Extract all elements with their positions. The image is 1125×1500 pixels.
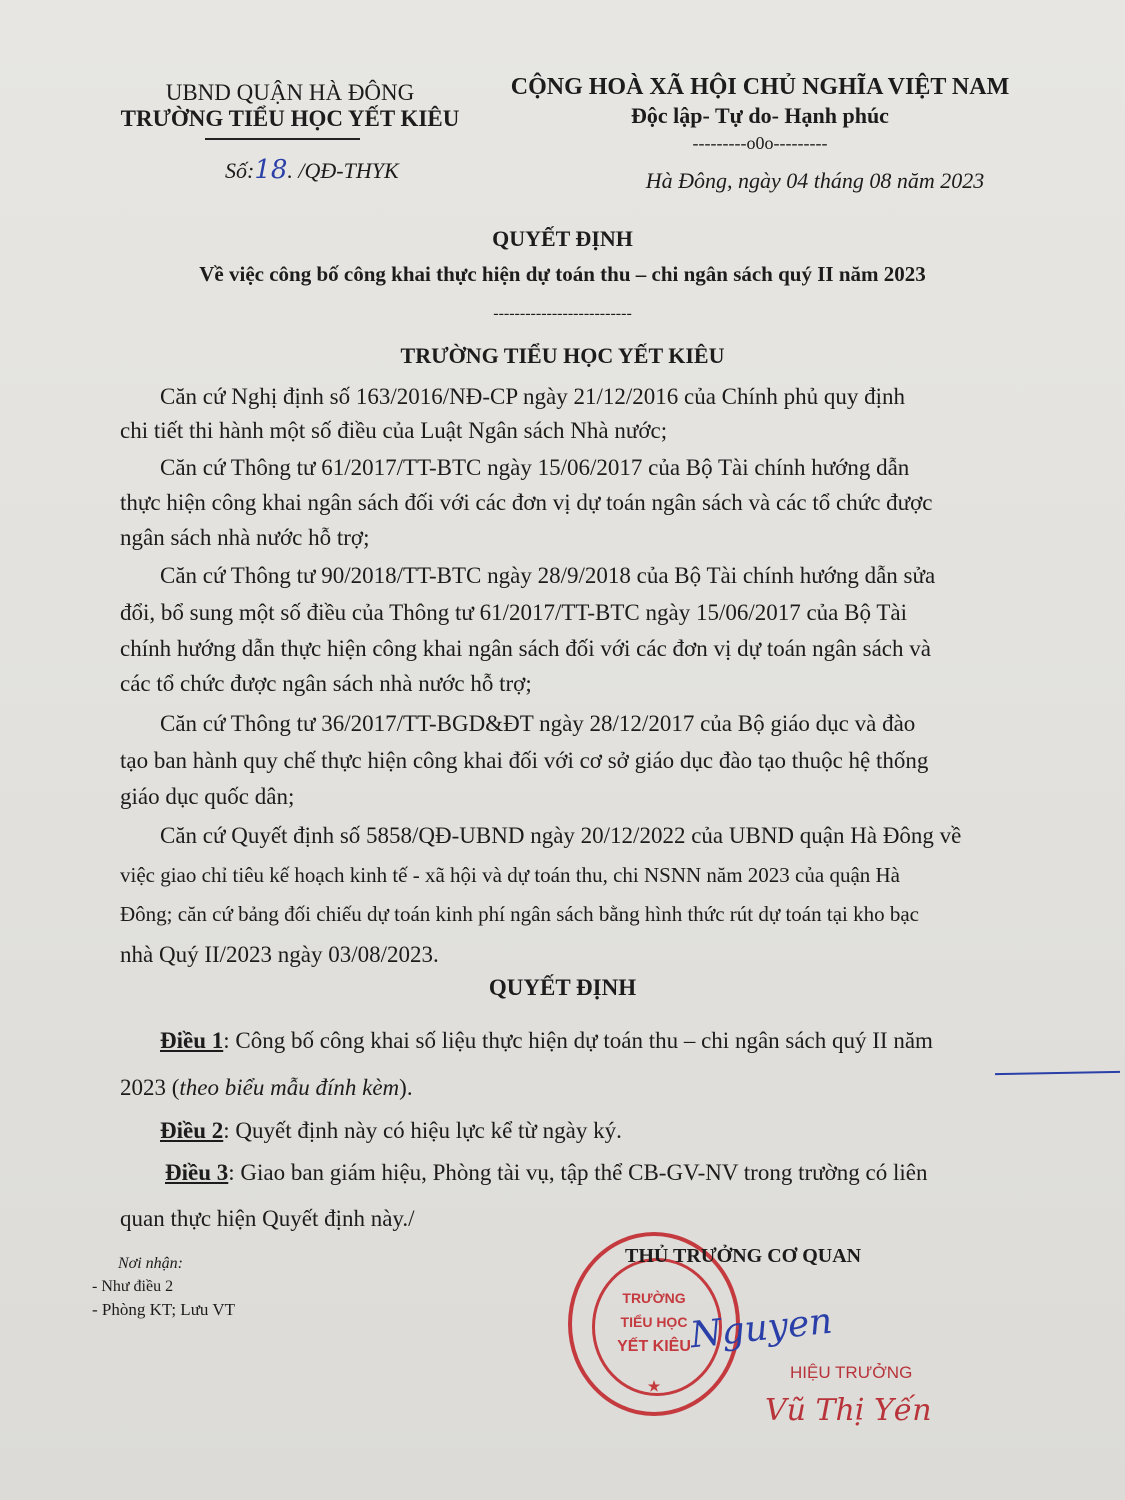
- recipient-item: - Phòng KT; Lưu VT: [92, 1300, 235, 1320]
- preamble-line: thực hiện công khai ngân sách đối với cá…: [120, 490, 933, 516]
- article-1-cont-italic: theo biểu mẫu đính kèm: [179, 1075, 399, 1100]
- decision-title: QUYẾT ĐỊNH: [0, 226, 1125, 252]
- pen-mark: [995, 1071, 1120, 1075]
- header-underline: [205, 138, 360, 141]
- preamble-line: Căn cứ Thông tư 36/2017/TT-BGD&ĐT ngày 2…: [160, 711, 915, 737]
- article-2: Điều 2: Quyết định này có hiệu lực kể từ…: [160, 1118, 622, 1144]
- number-prefix: Số:: [225, 158, 254, 183]
- preamble-line: chi tiết thi hành một số điều của Luật N…: [120, 418, 667, 444]
- document-number: Số:18. /QĐ-THYK: [225, 155, 399, 185]
- preamble-line: Căn cứ Thông tư 61/2017/TT-BTC ngày 15/0…: [160, 455, 909, 481]
- recipients-label: Nơi nhận:: [118, 1255, 183, 1273]
- signing-authority: THỦ TRƯỞNG CƠ QUAN: [625, 1245, 861, 1268]
- article-1-text: : Công bố công khai số liệu thực hiện dự…: [223, 1028, 933, 1053]
- motto-separator: ---------o0o---------: [510, 133, 1010, 154]
- preamble-line: đổi, bổ sung một số điều của Thông tư 61…: [120, 600, 907, 626]
- preamble-line: Căn cứ Thông tư 90/2018/TT-BTC ngày 28/9…: [160, 563, 935, 589]
- stamp-line: TRƯỜNG: [572, 1290, 736, 1306]
- article-2-label: Điều 2: [160, 1118, 223, 1143]
- title-divider: --------------------------: [0, 305, 1125, 323]
- decision-heading: QUYẾT ĐỊNH: [0, 975, 1125, 1001]
- nation-title: CỘNG HOÀ XÃ HỘI CHỦ NGHĨA VIỆT NAM: [510, 74, 1010, 101]
- preamble-line: ngân sách nhà nước hỗ trợ;: [120, 525, 369, 551]
- number-suffix: . /QĐ-THYK: [287, 158, 398, 183]
- stamp-star-icon: ★: [572, 1378, 736, 1395]
- preamble-line: việc giao chỉ tiêu kế hoạch kinh tế - xã…: [120, 863, 900, 888]
- preamble-line: chính hướng dẫn thực hiện công khai ngân…: [120, 636, 931, 662]
- issuing-authority: UBND QUẬN HÀ ĐÔNG: [110, 80, 470, 106]
- article-1-label: Điều 1: [160, 1028, 223, 1053]
- signer-name: Vũ Thị Yến: [765, 1393, 932, 1428]
- article-3-continued: quan thực hiện Quyết định này./: [120, 1206, 415, 1232]
- article-3-label: Điều 3: [165, 1160, 228, 1185]
- number-handwritten: 18: [254, 155, 287, 185]
- preamble-line: giáo dục quốc dân;: [120, 784, 294, 810]
- preamble-line: Căn cứ Nghị định số 163/2016/NĐ-CP ngày …: [160, 384, 905, 410]
- article-1: Điều 1: Công bố công khai số liệu thực h…: [160, 1028, 933, 1054]
- preamble-line: nhà Quý II/2023 ngày 03/08/2023.: [120, 942, 439, 968]
- national-motto: Độc lập- Tự do- Hạnh phúc: [510, 103, 1010, 129]
- article-1-cont-pre: 2023 (: [120, 1075, 179, 1100]
- document-page: UBND QUẬN HÀ ĐÔNG TRƯỜNG TIỂU HỌC YẾT KI…: [0, 0, 1125, 1500]
- school-name: TRƯỜNG TIỂU HỌC YẾT KIÊU: [110, 106, 470, 132]
- preamble-line: các tổ chức được ngân sách nhà nước hỗ t…: [120, 671, 532, 697]
- preamble-line: tạo ban hành quy chế thực hiện công khai…: [120, 748, 928, 774]
- article-1-cont-post: ).: [399, 1075, 412, 1100]
- preamble-line: Đông; căn cứ bảng đối chiếu dự toán kinh…: [120, 902, 919, 927]
- article-1-continued: 2023 (theo biểu mẫu đính kèm).: [120, 1075, 413, 1101]
- article-2-text: : Quyết định này có hiệu lực kể từ ngày …: [223, 1118, 622, 1143]
- preamble-line: Căn cứ Quyết định số 5858/QĐ-UBND ngày 2…: [160, 823, 961, 849]
- place-and-date: Hà Đông, ngày 04 tháng 08 năm 2023: [615, 168, 1015, 194]
- article-3-text: : Giao ban giám hiệu, Phòng tài vụ, tập …: [228, 1160, 927, 1185]
- issuer-heading: TRƯỜNG TIỂU HỌC YẾT KIÊU: [0, 343, 1125, 369]
- signer-position: HIỆU TRƯỞNG: [790, 1363, 912, 1383]
- article-3: Điều 3: Giao ban giám hiệu, Phòng tài vụ…: [165, 1160, 927, 1186]
- recipient-item: - Như điều 2: [92, 1278, 173, 1296]
- decision-subject: Về việc công bố công khai thực hiện dự t…: [0, 262, 1125, 287]
